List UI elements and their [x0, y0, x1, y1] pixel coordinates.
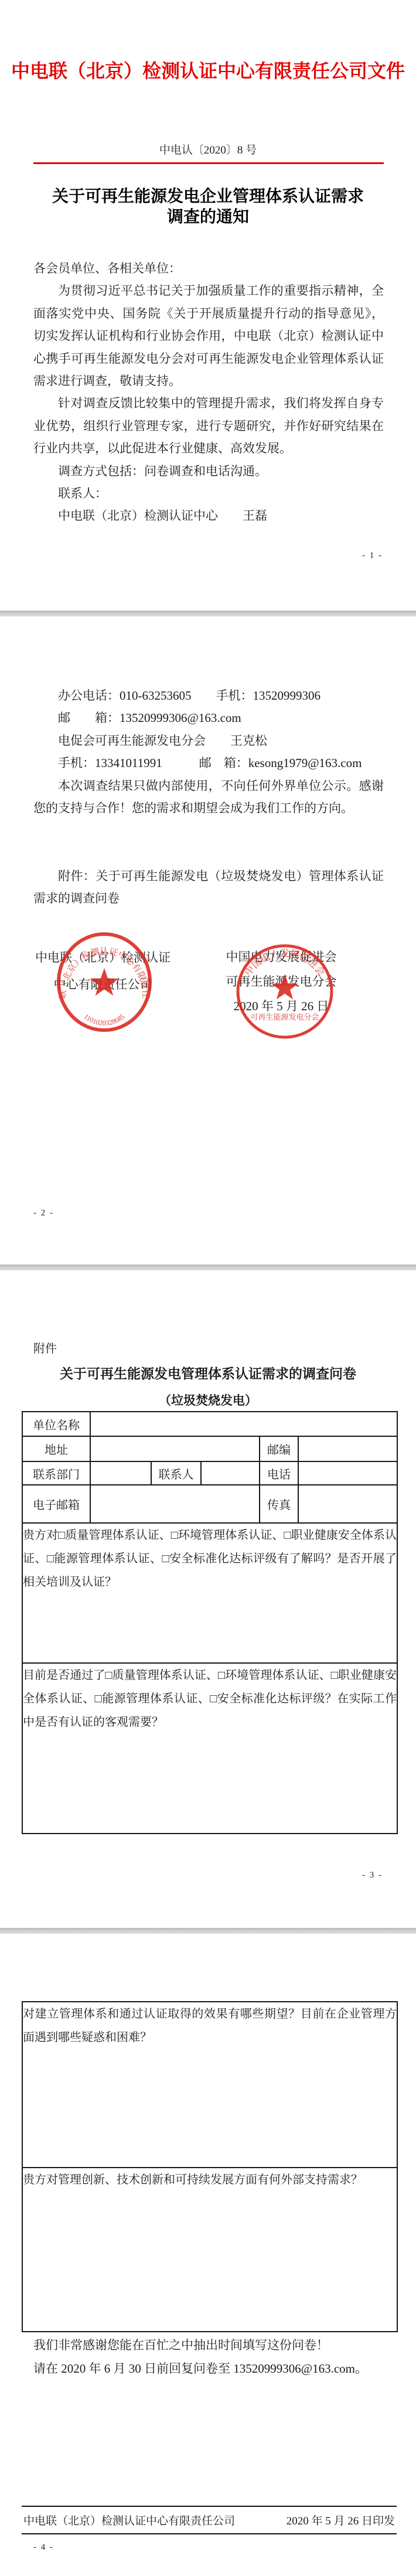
- table-row: 地址 邮编: [22, 1436, 397, 1461]
- page-number: - 1 -: [362, 549, 383, 562]
- table-row: 贵方对□质量管理体系认证、□环境管理体系认证、□职业健康安全体系认证、□能源管理…: [22, 1523, 397, 1663]
- page-separator: [0, 1928, 416, 1934]
- page-number: - 4 -: [33, 2541, 54, 2554]
- page-1: 中电联（北京）检测认证中心有限责任公司文件 中电认〔2020〕8 号 关于可再生…: [0, 0, 416, 611]
- page-number: - 3 -: [362, 1869, 383, 1882]
- page-separator: [0, 611, 416, 616]
- paragraph: 为贯彻习近平总书记关于加强质量工作的重要指示精神，全面落实党中央、国务院《关于开…: [33, 280, 384, 392]
- footer-rule-bottom: [22, 2533, 397, 2534]
- star-icon: [90, 968, 118, 996]
- paragraph: 联系人：: [33, 482, 384, 505]
- document-title-line2: 调查的通知: [0, 207, 416, 227]
- question-cell-2: 目前是否通过了□质量管理体系认证、□环境管理体系认证、□职业健康安全体系认证、□…: [22, 1663, 397, 1834]
- thanks-text: 我们非常感谢您能在百忙之中抽出时间填写这份问卷！: [33, 2334, 384, 2356]
- attachment-note-text: 附件：关于可再生能源发电（垃圾焚烧发电）管理体系认证需求的调查问卷: [33, 865, 384, 910]
- table-label-unit-name: 单位名称: [22, 1412, 90, 1436]
- body-text: 各会员单位、各相关单位： 为贯彻习近平总书记关于加强质量工作的重要指示精神，全面…: [33, 257, 384, 527]
- contact-block: 办公电话：010-63253605 手机：13520999306 邮 箱：135…: [33, 684, 384, 819]
- table-label-postcode: 邮编: [260, 1436, 298, 1461]
- question-cell-1: 贵方对□质量管理体系认证、□环境管理体系认证、□职业健康安全体系认证、□能源管理…: [22, 1523, 397, 1663]
- table-label-contact-dept: 联系部门: [22, 1461, 90, 1485]
- official-seal-right: 中国电力发展促进会 可再生能源发电分会: [233, 942, 336, 1041]
- paragraph: 针对调查反馈比较集中的管理提升需求，我们将发挥自身专业优势，组织行业管理专家，进…: [33, 392, 384, 459]
- document-number: 中电认〔2020〕8 号: [0, 142, 416, 159]
- footer-print-date: 2020 年 5 月 26 日印发: [287, 2512, 395, 2528]
- table-row: 联系部门 联系人 电话: [22, 1461, 397, 1485]
- contact-dept-field: [90, 1461, 151, 1485]
- page-separator: [0, 1265, 416, 1270]
- table-label-address: 地址: [22, 1436, 90, 1461]
- table-label-fax: 传真: [260, 1485, 298, 1523]
- question-cell-3: 对建立管理体系和通过认证取得的效果有哪些期望？目前在企业管理方面遇到哪些疑惑和困…: [22, 2002, 397, 2168]
- table-label-contact-person: 联系人: [151, 1461, 201, 1485]
- questionnaire-subtitle: （垃圾焚烧发电）: [0, 1392, 416, 1409]
- page-3: 附件 关于可再生能源发电管理体系认证需求的调查问卷 （垃圾焚烧发电） 单位名称 …: [0, 1270, 416, 1928]
- footer-org: 中电联（北京）检测认证中心有限责任公司: [23, 2512, 235, 2528]
- official-document: 中电联（北京）检测认证中心有限责任公司文件 中电认〔2020〕8 号 关于可再生…: [0, 0, 416, 2576]
- contact-line: 办公电话：010-63253605 手机：13520999306: [33, 684, 384, 707]
- paragraph: 调查方式包括：问卷调查和电话沟通。: [33, 460, 384, 482]
- table-label-email: 电子邮箱: [22, 1485, 90, 1523]
- questionnaire-table: 单位名称 地址 邮编 联系部门 联系人 电话 电子邮箱 传真: [22, 1411, 398, 1834]
- seal-inner-text: 可再生能源发电分会: [250, 1013, 319, 1021]
- contact-line: 中电联（北京）检测认证中心 王磊: [33, 505, 384, 527]
- red-letterhead-title: 中电联（北京）检测认证中心有限责任公司文件: [0, 57, 416, 84]
- table-row: 电子邮箱 传真: [22, 1485, 397, 1523]
- page-2: 办公电话：010-63253605 手机：13520999306 邮 箱：135…: [0, 616, 416, 1265]
- salutation: 各会员单位、各相关单位：: [33, 257, 384, 280]
- table-row: 目前是否通过了□质量管理体系认证、□环境管理体系认证、□职业健康安全体系认证、□…: [22, 1663, 397, 1834]
- document-title-line1: 关于可再生能源发电企业管理体系认证需求: [0, 186, 416, 207]
- document-title: 关于可再生能源发电企业管理体系认证需求 调查的通知: [0, 186, 416, 227]
- unit-name-field: [90, 1412, 397, 1436]
- attachment-label: 附件: [33, 1341, 57, 1357]
- contact-line: 手机：13341011991 邮 箱：kesong1979@163.com: [33, 752, 384, 774]
- fax-field: [298, 1485, 397, 1523]
- star-icon: [271, 974, 298, 999]
- page-number: - 2 -: [33, 1207, 54, 1219]
- attachment-note: 附件：关于可再生能源发电（垃圾焚烧发电）管理体系认证需求的调查问卷: [33, 865, 384, 910]
- page-4: 对建立管理体系和通过认证取得的效果有哪些期望？目前在企业管理方面遇到哪些疑惑和困…: [0, 1934, 416, 2576]
- table-label-phone: 电话: [260, 1461, 298, 1485]
- thanks-line: 我们非常感谢您能在百忙之中抽出时间填写这份问卷！: [33, 2334, 384, 2356]
- deadline-line: 请在 2020 年 6 月 30 日前回复问卷至 13520999306@163…: [33, 2357, 384, 2380]
- questionnaire-table-continued: 对建立管理体系和通过认证取得的效果有哪些期望？目前在企业管理方面遇到哪些疑惑和困…: [22, 2001, 398, 2332]
- table-row: 对建立管理体系和通过认证取得的效果有哪些期望？目前在企业管理方面遇到哪些疑惑和困…: [22, 2002, 397, 2168]
- red-divider-line: [33, 162, 384, 164]
- paragraph: 本次调查结果只做内部使用，不向任何外界单位公示。感谢您的支持与合作！您的需求和期…: [33, 775, 384, 820]
- table-row: 单位名称: [22, 1412, 397, 1436]
- address-field: [90, 1436, 260, 1461]
- contact-person-field: [201, 1461, 260, 1485]
- seal-code-text: 1101020328685: [83, 1013, 127, 1027]
- footer-imprint: 中电联（北京）检测认证中心有限责任公司 2020 年 5 月 26 日印发: [23, 2506, 395, 2534]
- deadline-text: 请在 2020 年 6 月 30 日前回复问卷至 13520999306@163…: [33, 2357, 384, 2380]
- official-seal-left: 中电联（北京）检测认证中心有限责任公司 1101020328685: [54, 931, 155, 1034]
- postcode-field: [298, 1436, 397, 1461]
- email-field: [90, 1485, 260, 1523]
- questionnaire-title: 关于可再生能源发电管理体系认证需求的调查问卷: [0, 1366, 416, 1382]
- contact-line: 邮 箱：13520999306@163.com: [33, 707, 384, 729]
- table-row: 贵方对管理创新、技术创新和可持续发展方面有何外部支持需求？: [22, 2168, 397, 2332]
- seal-ring-text: 中国电力发展促进会: [243, 948, 327, 978]
- phone-field: [298, 1461, 397, 1485]
- contact-line: 电促会可再生能源发电分会 王克松: [33, 730, 384, 752]
- question-cell-4: 贵方对管理创新、技术创新和可持续发展方面有何外部支持需求？: [22, 2168, 397, 2332]
